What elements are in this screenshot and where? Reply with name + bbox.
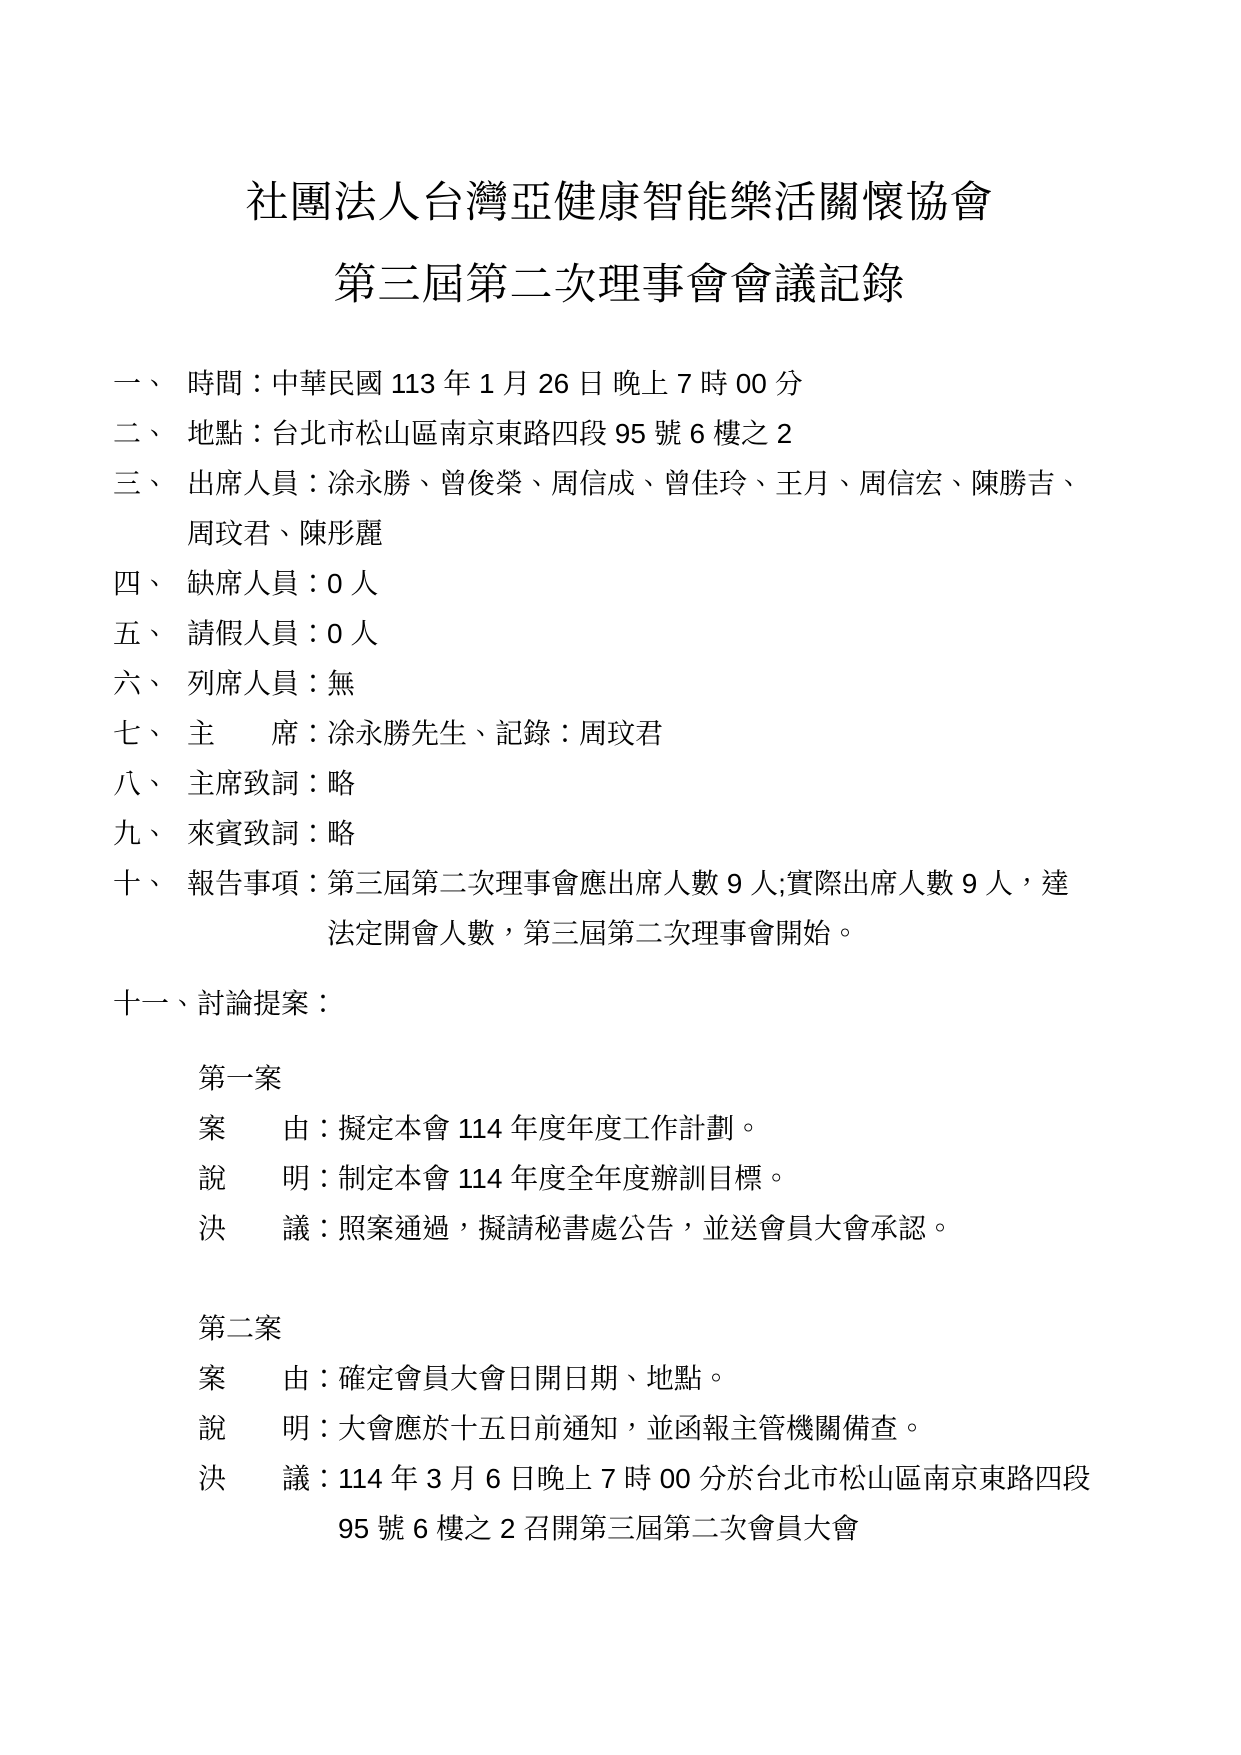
list-item: 三、 出席人員：凃永勝、曾俊榮、周信成、曾佳玲、王月、周信宏、陳勝吉、 周玟君、…	[113, 459, 1126, 559]
document-title-line1: 社團法人台灣亞健康智能樂活關懷協會	[113, 178, 1126, 228]
item-text: 請假人員：0 人	[187, 609, 1126, 659]
item-number: 四、	[113, 559, 187, 609]
list-item: 七、 主 席：凃永勝先生、記錄：周玟君	[113, 709, 1126, 759]
proposal-explain-line: 說 明：大會應於十五日前通知，並函報主管機關備查。	[113, 1404, 1126, 1454]
item-number: 二、	[113, 409, 187, 459]
item-text: 報告事項：第三屆第二次理事會應出席人數 9 人;實際出席人數 9 人，達 法定開…	[187, 859, 1126, 959]
item-text: 主席致詞：略	[187, 759, 1126, 809]
item-text: 時間：中華民國 113 年 1 月 26 日 晚上 7 時 00 分	[187, 359, 1126, 409]
item-number: 九、	[113, 809, 187, 859]
proposal-block-1: 第一案 案 由：擬定本會 114 年度年度工作計劃。 說 明：制定本會 114 …	[113, 1054, 1126, 1254]
list-item: 八、 主席致詞：略	[113, 759, 1126, 809]
list-item: 五、 請假人員：0 人	[113, 609, 1126, 659]
document-title-line2: 第三屆第二次理事會會議記錄	[113, 260, 1126, 310]
proposal-block-2: 第二案 案 由：確定會員大會日開日期、地點。 說 明：大會應於十五日前通知，並函…	[113, 1304, 1126, 1554]
proposal-heading: 第一案	[113, 1054, 1126, 1104]
proposal-case-line: 案 由：確定會員大會日開日期、地點。	[113, 1354, 1126, 1404]
proposal-resolution-line: 決 議：照案通過，擬請秘書處公告，並送會員大會承認。	[113, 1204, 1126, 1254]
document-page: 社團法人台灣亞健康智能樂活關懷協會 第三屆第二次理事會會議記錄 一、 時間：中華…	[0, 0, 1241, 1755]
item-number: 八、	[113, 759, 187, 809]
item-number: 三、	[113, 459, 187, 509]
numbered-item-list: 一、 時間：中華民國 113 年 1 月 26 日 晚上 7 時 00 分 二、…	[113, 359, 1126, 959]
item-number: 一、	[113, 359, 187, 409]
proposal-case-line: 案 由：擬定本會 114 年度年度工作計劃。	[113, 1104, 1126, 1154]
list-item: 六、 列席人員：無	[113, 659, 1126, 709]
item-text: 地點：台北市松山區南京東路四段 95 號 6 樓之 2	[187, 409, 1126, 459]
item-number: 六、	[113, 659, 187, 709]
proposal-explain-line: 說 明：制定本會 114 年度全年度辦訓目標。	[113, 1154, 1126, 1204]
item-text: 缺席人員：0 人	[187, 559, 1126, 609]
item-number: 十、	[113, 859, 187, 909]
item-text: 來賓致詞：略	[187, 809, 1126, 859]
item-text: 主 席：凃永勝先生、記錄：周玟君	[187, 709, 1126, 759]
list-item: 十、 報告事項：第三屆第二次理事會應出席人數 9 人;實際出席人數 9 人，達 …	[113, 859, 1126, 959]
proposal-heading: 第二案	[113, 1304, 1126, 1354]
section-discussion-proposals: 十一、討論提案：	[113, 979, 1126, 1029]
item-number: 五、	[113, 609, 187, 659]
item-text: 列席人員：無	[187, 659, 1126, 709]
list-item: 九、 來賓致詞：略	[113, 809, 1126, 859]
proposal-resolution-line: 決 議：114 年 3 月 6 日晚上 7 時 00 分於台北市松山區南京東路四…	[113, 1454, 1126, 1554]
item-number: 七、	[113, 709, 187, 759]
list-item: 四、 缺席人員：0 人	[113, 559, 1126, 609]
list-item: 二、 地點：台北市松山區南京東路四段 95 號 6 樓之 2	[113, 409, 1126, 459]
item-text: 出席人員：凃永勝、曾俊榮、周信成、曾佳玲、王月、周信宏、陳勝吉、 周玟君、陳彤麗	[187, 459, 1126, 559]
list-item: 一、 時間：中華民國 113 年 1 月 26 日 晚上 7 時 00 分	[113, 359, 1126, 409]
